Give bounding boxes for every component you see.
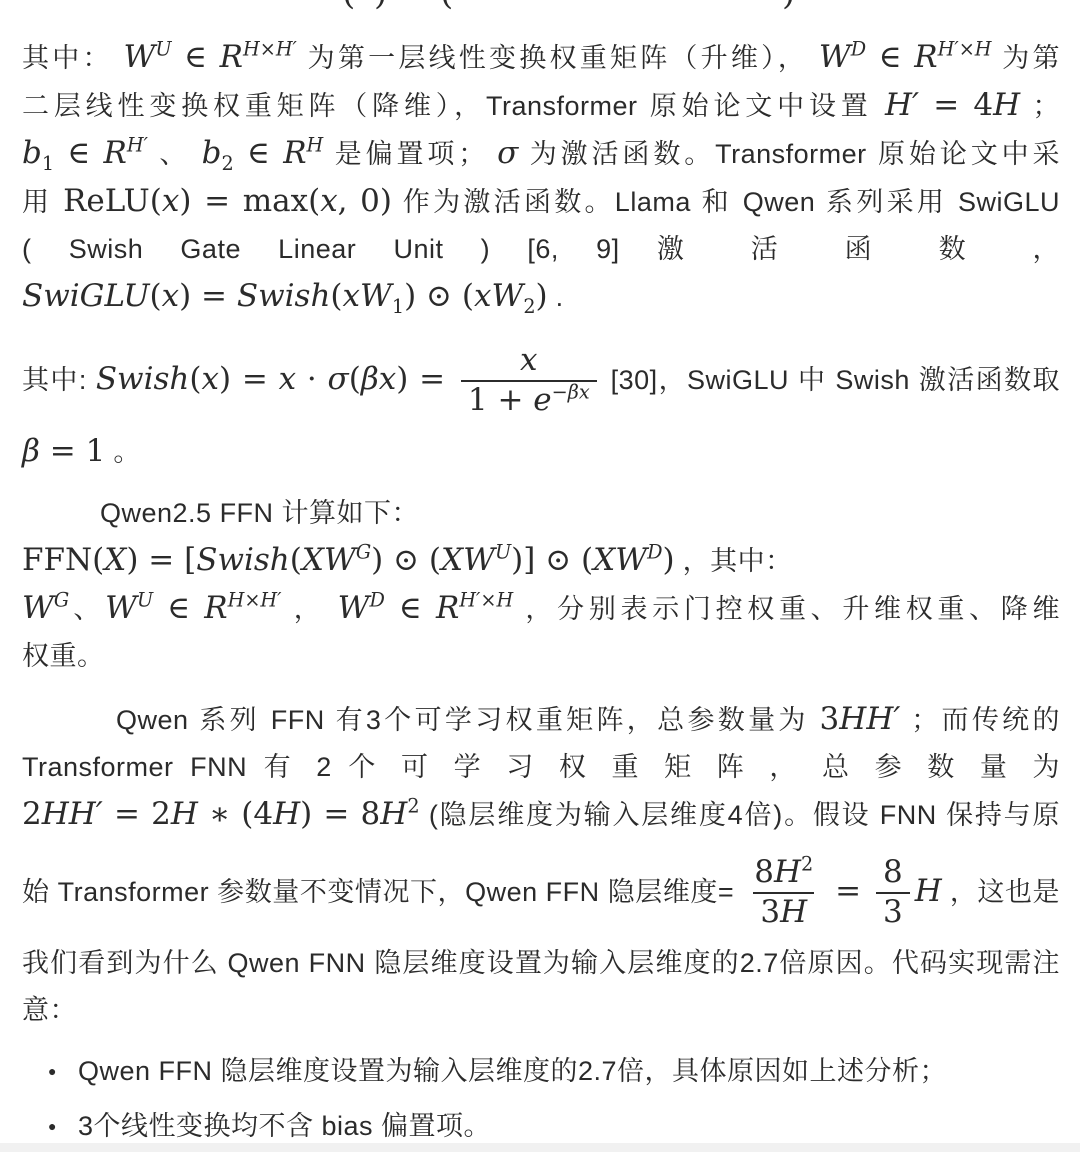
math-formula: β = 1 bbox=[22, 433, 105, 469]
text-segment: Qwen 系列 FFN 有3个可学习权重矩阵，总参数量为 bbox=[116, 705, 820, 735]
line-swiglu-formula: SwiGLU(x) = Swish(xW1) ⊙ (xW2) . bbox=[22, 273, 1060, 321]
document-body: 其中： WU ∈ RH×H′ 为第一层线性变换权重矩阵（升维）， WD ∈ RH… bbox=[0, 0, 1080, 1034]
math-token: U bbox=[495, 541, 511, 564]
math-formula: 3HH′ bbox=[820, 701, 901, 737]
line-ffn-formula: FFN(X) = [Swish(XWG) ⊙ (XWU)] ⊙ (XWD) ，其… bbox=[22, 537, 1060, 585]
line-reason: 我们看到为什么 Qwen FNN 隐层维度设置为输入层维度的2.7倍原因。代码实… bbox=[22, 940, 1060, 987]
line-qwen-ffn-intro: Qwen2.5 FFN 计算如下： bbox=[22, 490, 1060, 537]
math-token: × bbox=[480, 589, 496, 612]
line-swiglu-name: ( Swish Gate Linear Unit ) [6, 9] 激 活 函 … bbox=[22, 226, 1060, 273]
text-segment: 为第 bbox=[992, 43, 1060, 73]
math-token: ReLU( bbox=[63, 183, 162, 219]
superscript: 2 bbox=[407, 795, 419, 818]
math-token: ∈ bbox=[234, 135, 283, 171]
bullet-text: Qwen FFN 隐层维度设置为输入层维度的2.7倍，具体原因如上述分析； bbox=[78, 1048, 947, 1095]
math-token: 2 bbox=[407, 795, 419, 818]
math-token: 1 bbox=[42, 152, 54, 175]
math-token: XW bbox=[441, 542, 495, 578]
math-token: FFN( bbox=[22, 542, 104, 578]
text-segment: . bbox=[548, 282, 564, 312]
fraction: x1 + e−βx bbox=[461, 342, 597, 419]
math-token: 2 bbox=[222, 152, 234, 175]
math-token: H bbox=[380, 796, 407, 832]
text-segment: 用 bbox=[22, 187, 63, 217]
math-token: x bbox=[162, 183, 179, 219]
math-token: ) ⊙ ( bbox=[371, 542, 441, 578]
math-token: xW bbox=[474, 278, 523, 314]
math-token: 3 bbox=[820, 701, 840, 737]
math-token: H bbox=[993, 87, 1020, 123]
math-token: , 0) bbox=[338, 183, 392, 219]
math-formula: ReLU(x) = max(x, 0) bbox=[63, 183, 392, 219]
text-segment: 、 bbox=[148, 139, 202, 169]
text-segment: Qwen2.5 FFN 计算如下： bbox=[100, 498, 419, 528]
line-beta: β = 1 。 bbox=[22, 428, 1060, 476]
math-formula: WU ∈ RH×H′ bbox=[123, 39, 296, 75]
bullet-item: ●Qwen FFN 隐层维度设置为输入层维度的2.7倍，具体原因如上述分析； bbox=[0, 1048, 1080, 1095]
superscript: H×H′ bbox=[243, 38, 297, 61]
fraction: 8H23H bbox=[747, 854, 820, 931]
math-token: · bbox=[296, 361, 327, 397]
fraction-numerator: 8 bbox=[876, 854, 910, 892]
fraction-denominator: 1 + e−βx bbox=[461, 380, 597, 420]
math-token: H′ bbox=[127, 134, 148, 157]
line-swish-formula: 其中: Swish(x) = x · σ(βx) = x1 + e−βx [30… bbox=[22, 331, 1060, 428]
math-token: 2 bbox=[801, 853, 813, 876]
math-token: H′ bbox=[260, 589, 281, 612]
math-token: ( bbox=[330, 278, 342, 314]
math-token: H bbox=[774, 854, 801, 890]
text-segment: 、 bbox=[69, 594, 105, 624]
math-token: 1 bbox=[392, 295, 404, 318]
math-token: ) bbox=[536, 278, 548, 314]
math-token: R bbox=[104, 135, 127, 171]
math-token: 3 bbox=[760, 894, 780, 930]
bottom-strip bbox=[0, 1143, 1080, 1152]
math-token: ) = 8 bbox=[300, 796, 380, 832]
subscript: 1 bbox=[392, 295, 404, 318]
superscript: G bbox=[356, 541, 371, 564]
math-token: ∈ bbox=[153, 590, 204, 626]
fraction: 83 bbox=[876, 854, 910, 931]
math-token: ∈ bbox=[54, 135, 103, 171]
math-token: ( bbox=[290, 542, 302, 578]
math-token: R bbox=[204, 590, 227, 626]
line-weights-end: 权重。 bbox=[22, 633, 1060, 680]
math-token: × bbox=[959, 38, 975, 61]
math-token: R bbox=[220, 39, 243, 75]
line-weights-def: WG、WU ∈ RH×H′ ， WD ∈ RH′×H ，分别表示门控权重、升维权… bbox=[22, 585, 1060, 633]
math-token: X bbox=[104, 542, 126, 578]
math-token: b bbox=[22, 135, 42, 171]
math-token: ) = bbox=[396, 361, 456, 397]
math-token: U bbox=[137, 589, 153, 612]
math-token: 8 bbox=[754, 854, 774, 890]
text-segment: 为激活函数。Transformer 原始论文中采 bbox=[518, 139, 1060, 169]
line-2hh-formula: 2HH′ = 2H ∗ (4H) = 8H2 (隐层维度为输入层维度4倍)。假设… bbox=[22, 791, 1060, 839]
math-token: ∈ bbox=[866, 39, 914, 75]
math-token: 2 bbox=[523, 295, 535, 318]
line-fnn-2matrix: Transformer FNN 有 2 个 可 学 习 权 重 矩 阵 ， 总 … bbox=[22, 744, 1060, 791]
math-token: β bbox=[22, 433, 40, 469]
math-token: Swish bbox=[96, 361, 190, 397]
math-formula: WD ∈ RH′×H bbox=[338, 590, 514, 626]
math-token: H′ bbox=[938, 38, 959, 61]
math-token: H bbox=[273, 796, 300, 832]
math-formula: FFN(X) = [Swish(XWG) ⊙ (XWU)] ⊙ (XWD) bbox=[22, 542, 675, 578]
math-token: H bbox=[243, 38, 260, 61]
math-formula: H′ = 4H bbox=[885, 87, 1020, 123]
math-token: W bbox=[338, 590, 370, 626]
math-token: G bbox=[54, 589, 69, 612]
math-formula: b1 ∈ RH′ bbox=[22, 135, 148, 171]
math-token: xW bbox=[343, 278, 392, 314]
text-segment: ，其中： bbox=[675, 546, 793, 576]
math-token: = 4 bbox=[919, 87, 993, 123]
line-wd-def: 二层线性变换权重矩阵（降维），Transformer 原始论文中设置 H′ = … bbox=[22, 82, 1060, 130]
math-token: H bbox=[496, 589, 513, 612]
line-hidden-dim: 始 Transformer 参数量不变情况下，Qwen FFN 隐层维度= 8H… bbox=[22, 843, 1060, 940]
math-token: = 2 bbox=[103, 796, 171, 832]
subscript: 2 bbox=[523, 295, 535, 318]
math-token: x bbox=[320, 183, 337, 219]
math-token: H′ bbox=[459, 589, 480, 612]
math-token: H bbox=[307, 134, 324, 157]
text-segment: ，这也是 bbox=[942, 877, 1060, 907]
superscript: H bbox=[307, 134, 324, 157]
math-token: H bbox=[228, 589, 245, 612]
math-token: x bbox=[279, 361, 296, 397]
math-token: σ bbox=[328, 361, 349, 397]
math-token: W bbox=[123, 39, 155, 75]
math-token: SwiGLU bbox=[22, 278, 149, 314]
math-token: U bbox=[155, 38, 171, 61]
math-token: D bbox=[851, 38, 866, 61]
math-token: H′ bbox=[885, 87, 919, 123]
subscript: 1 bbox=[42, 152, 54, 175]
line-relu: 用 ReLU(x) = max(x, 0) 作为激活函数。Llama 和 Qwe… bbox=[22, 178, 1060, 226]
math-token: R bbox=[914, 39, 937, 75]
math-formula: σ bbox=[497, 135, 518, 171]
text-segment: ； bbox=[1020, 91, 1060, 121]
math-token: XW bbox=[302, 542, 356, 578]
line-wu-def: 其中： WU ∈ RH×H′ 为第一层线性变换权重矩阵（升维）， WD ∈ RH… bbox=[22, 34, 1060, 82]
math-token: ) = max( bbox=[179, 183, 320, 219]
math-token: H′ bbox=[276, 38, 297, 61]
text-segment: 作为激活函数。Llama 和 Qwen 系列采用 SwiGLU bbox=[392, 187, 1060, 217]
math-formula: Swish(x) = x · σ(βx) = x1 + e−βx bbox=[96, 361, 602, 397]
fraction-numerator: 8H2 bbox=[747, 854, 820, 892]
line-param-count: Qwen 系列 FFN 有3个可学习权重矩阵，总参数量为 3HH′ ；而传统的 bbox=[22, 696, 1060, 744]
math-token: W bbox=[22, 590, 54, 626]
superscript: D bbox=[851, 38, 866, 61]
superscript: H′×H bbox=[459, 589, 513, 612]
math-token: × bbox=[244, 589, 260, 612]
superscript: G bbox=[54, 589, 69, 612]
fraction-numerator: x bbox=[513, 342, 544, 380]
text-segment: 。 bbox=[105, 437, 141, 467]
math-token: R bbox=[436, 590, 459, 626]
math-token: = bbox=[825, 873, 871, 909]
math-token: D bbox=[647, 541, 662, 564]
superscript: H′×H bbox=[938, 38, 992, 61]
superscript: H×H′ bbox=[228, 589, 282, 612]
superscript: D bbox=[369, 589, 384, 612]
math-formula: 8H23H = 83H bbox=[742, 873, 942, 909]
math-formula: WU ∈ RH×H′ bbox=[105, 590, 281, 626]
math-formula: WG bbox=[22, 590, 69, 626]
math-token: ∗ (4 bbox=[198, 796, 273, 832]
text-segment: Transformer FNN 有 2 个 可 学 习 权 重 矩 阵 ， 总 … bbox=[22, 752, 1060, 782]
math-token: − bbox=[552, 380, 568, 403]
fraction-denominator: 3 bbox=[876, 892, 910, 932]
math-token: e bbox=[533, 382, 551, 418]
superscript: 2 bbox=[801, 853, 813, 876]
line-bias-def: b1 ∈ RH′ 、 b2 ∈ RH 是偏置项； σ 为激活函数。Transfo… bbox=[22, 130, 1060, 178]
fraction-denominator: 3H bbox=[753, 892, 814, 932]
math-token: XW bbox=[593, 542, 647, 578]
math-token: HH′ bbox=[839, 701, 900, 737]
math-formula: SwiGLU(x) = Swish(xW1) ⊙ (xW2) bbox=[22, 278, 548, 314]
text-segment: 始 Transformer 参数量不变情况下，Qwen FFN 隐层维度= bbox=[22, 877, 742, 907]
math-token: ( bbox=[349, 361, 361, 397]
math-token: ∈ bbox=[385, 590, 436, 626]
math-token: H bbox=[780, 894, 807, 930]
text-segment: 其中: bbox=[22, 365, 96, 395]
math-token: ) bbox=[662, 542, 674, 578]
math-formula: b2 ∈ RH bbox=[202, 135, 324, 171]
math-token: σ bbox=[497, 135, 518, 171]
text-segment: 我们看到为什么 Qwen FNN 隐层维度设置为输入层维度的2.7倍原因。代码实… bbox=[22, 948, 1060, 978]
subscript: 2 bbox=[222, 152, 234, 175]
math-token: ( bbox=[149, 278, 161, 314]
superscript: U bbox=[495, 541, 511, 564]
math-token: G bbox=[356, 541, 371, 564]
text-segment: 二层线性变换权重矩阵（降维），Transformer 原始论文中设置 bbox=[22, 91, 885, 121]
math-token: βx bbox=[361, 361, 396, 397]
text-segment: [30]，SwiGLU 中 Swish 激活函数取 bbox=[602, 365, 1060, 395]
text-segment: 其中： bbox=[22, 43, 123, 73]
superscript: −βx bbox=[552, 380, 590, 403]
text-segment: ( Swish Gate Linear Unit ) [6, 9] 激 活 函 … bbox=[22, 234, 1060, 264]
math-formula: 2HH′ = 2H ∗ (4H) = 8H2 bbox=[22, 796, 420, 832]
text-segment: (隐层维度为输入层维度4倍)。假设 FNN 保持与原 bbox=[420, 800, 1060, 830]
text-segment: 为第一层线性变换权重矩阵（升维）， bbox=[297, 43, 819, 73]
math-token: ) = bbox=[219, 361, 279, 397]
text-segment: 意： bbox=[22, 995, 77, 1025]
math-token: W bbox=[105, 590, 137, 626]
math-token: R bbox=[283, 135, 306, 171]
superscript: H′ bbox=[127, 134, 148, 157]
bullet-list: ●Qwen FFN 隐层维度设置为输入层维度的2.7倍，具体原因如上述分析；●3… bbox=[0, 1048, 1080, 1150]
text-segment: ， bbox=[282, 594, 338, 624]
math-formula: WD ∈ RH′×H bbox=[819, 39, 992, 75]
math-token: H bbox=[975, 38, 992, 61]
math-token: 3 bbox=[883, 894, 903, 930]
math-token: )] ⊙ ( bbox=[511, 542, 593, 578]
math-token: 2 bbox=[22, 796, 42, 832]
math-token: x bbox=[162, 278, 179, 314]
math-token: W bbox=[819, 39, 851, 75]
bullet-icon: ● bbox=[48, 1048, 78, 1095]
math-token: = 1 bbox=[40, 433, 105, 469]
math-token: ( bbox=[189, 361, 201, 397]
math-token: 1 + bbox=[468, 382, 533, 418]
math-token: b bbox=[202, 135, 222, 171]
math-token: Swish bbox=[196, 542, 290, 578]
math-token: HH′ bbox=[42, 796, 103, 832]
math-token: H bbox=[171, 796, 198, 832]
math-token: ) ⊙ ( bbox=[404, 278, 474, 314]
text-segment: 是偏置项； bbox=[323, 139, 497, 169]
math-token: 8 bbox=[883, 854, 903, 890]
superscript: U bbox=[155, 38, 171, 61]
math-token: × bbox=[260, 38, 276, 61]
math-token: D bbox=[369, 589, 384, 612]
text-segment: ，分别表示门控权重、升维权重、降维 bbox=[513, 594, 1060, 624]
line-note: 意： bbox=[22, 987, 1060, 1034]
superscript: D bbox=[647, 541, 662, 564]
math-token: ∈ bbox=[172, 39, 220, 75]
math-token: βx bbox=[568, 380, 590, 403]
math-token: x bbox=[520, 342, 537, 378]
text-segment: 权重。 bbox=[22, 641, 105, 671]
math-token: x bbox=[201, 361, 218, 397]
math-token: Swish bbox=[237, 278, 331, 314]
superscript: U bbox=[137, 589, 153, 612]
math-token: H bbox=[915, 873, 942, 909]
math-token: ) = [ bbox=[126, 542, 196, 578]
text-segment: ；而传统的 bbox=[900, 705, 1060, 735]
math-token: ) = bbox=[179, 278, 237, 314]
